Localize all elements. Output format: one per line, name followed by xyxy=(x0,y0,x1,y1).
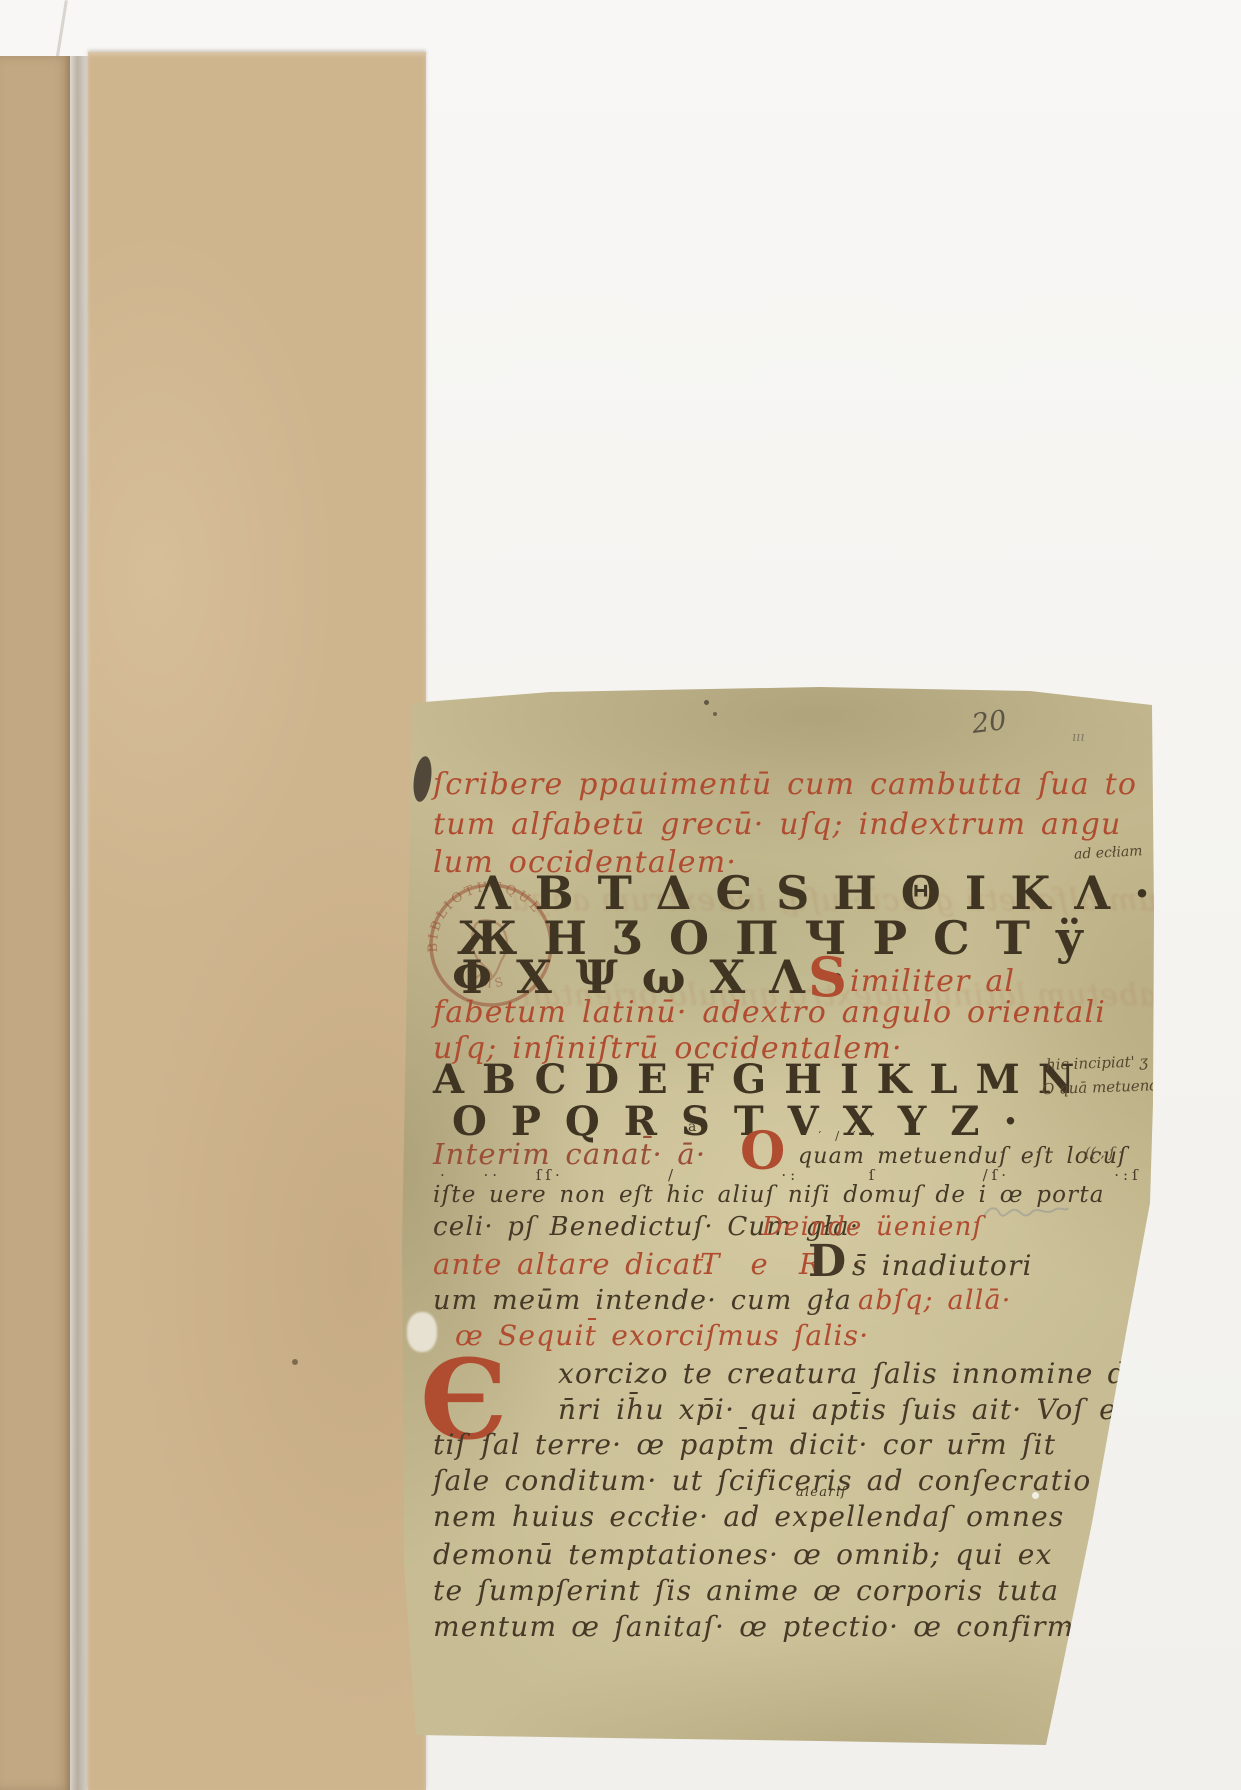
greek-alphabet-row-3: ΦΧΨωΧΛ· xyxy=(452,954,869,1000)
rubric-interim-canat: Interim canat̄· ā· xyxy=(433,1140,706,1169)
text-line: demonū temptationes· œ omnib; qui ex xyxy=(433,1541,1053,1569)
interlinear-gloss: alearıſ xyxy=(796,1486,847,1499)
rubric-line: fabetum latinū· adextro angulo orientali xyxy=(433,998,1106,1028)
rubric-absque: abſq; allā· xyxy=(858,1287,1012,1314)
folio-number: 20 xyxy=(970,707,1007,738)
photographed-manuscript-scene: tum alfabetū grecū· uſq; indextrum angu … xyxy=(0,0,1241,1790)
marginal-note-incipit-2: O quā metuend9 xyxy=(1042,1078,1169,1097)
parchment-leaf: tum alfabetū grecū· uſq; indextrum angu … xyxy=(400,683,1160,1758)
album-mount-page xyxy=(88,52,426,1790)
album-page-left xyxy=(0,56,70,1790)
marginal-neume-scribble: (( , ſ xyxy=(1085,1146,1114,1160)
marginal-note-incipit-1: hic incipiat' ʒ xyxy=(1046,1054,1148,1073)
text-line: te ſumpſerint ſis anime œ corporis tuta xyxy=(433,1577,1059,1605)
text-line: tiſ ſal terre· œ papt̄m dicit· cor ur̄m … xyxy=(433,1431,1056,1459)
ink-blot xyxy=(411,755,434,803)
rubric-ante-altare: ante altare dicat· xyxy=(433,1250,715,1279)
quire-mark: ııı xyxy=(1072,731,1084,744)
end-dots: · : xyxy=(1055,1615,1070,1630)
ink-speck xyxy=(704,700,709,705)
rubric-line: imiliter al xyxy=(850,967,1015,997)
neume-marks: ‵ ′ / ′ · xyxy=(802,1130,878,1142)
rubric-line: ſcribere ppauimentū cum cambutta ſua to xyxy=(433,770,1137,800)
text-line: mentum œ ſanitaſ· œ ptectio· œ confirma xyxy=(433,1613,1092,1641)
rubric-deinde: Deinde üenienſ xyxy=(762,1214,983,1240)
text-line: quam metuenduſ eſt locuſ xyxy=(798,1146,1127,1168)
mount-page-speck xyxy=(292,1359,298,1365)
latin-alphabet-row-1: ABCDEFGHIKLMN xyxy=(433,1060,1092,1100)
text-line: nem huius eccłie· ad expellendaſ omnes xyxy=(433,1503,1064,1531)
text-line: um meūm intende· cum gła xyxy=(433,1287,852,1314)
backing-sheet-edge xyxy=(55,0,68,62)
text-line: s̄ inadiutori xyxy=(852,1252,1033,1280)
rubric-line: tum alfabetū grecū· uſq; indextrum angu xyxy=(433,810,1122,840)
text-line: n̄ri ih̄u xp̄i· qui apt̄is ſuis ait· Voſ… xyxy=(558,1396,1128,1424)
text-line: xorcizo te creatura ſalis innomine dn̄i xyxy=(558,1360,1156,1388)
initial-d: D xyxy=(808,1240,847,1284)
greek-alphabet-row-1: ΛΒΤΔЄSΗΘΙΚΛ· xyxy=(475,870,1174,916)
rubric-sequitur: œ Sequit̄ exorciſmus ſalis· xyxy=(455,1322,869,1350)
neume-row: · ·· ſſ· / ·: ſ /ſ· ·:ſ / xyxy=(440,1168,1220,1183)
marginal-note-ad-ecclesiam: ad ecłiam xyxy=(1074,844,1143,862)
faint-blue-scribble xyxy=(980,1198,1072,1226)
ink-speck xyxy=(713,712,717,716)
text-line: ſale conditum· ut ſcificeris ad conſecra… xyxy=(433,1467,1091,1495)
tiny-red-neume: ā xyxy=(688,1120,696,1134)
